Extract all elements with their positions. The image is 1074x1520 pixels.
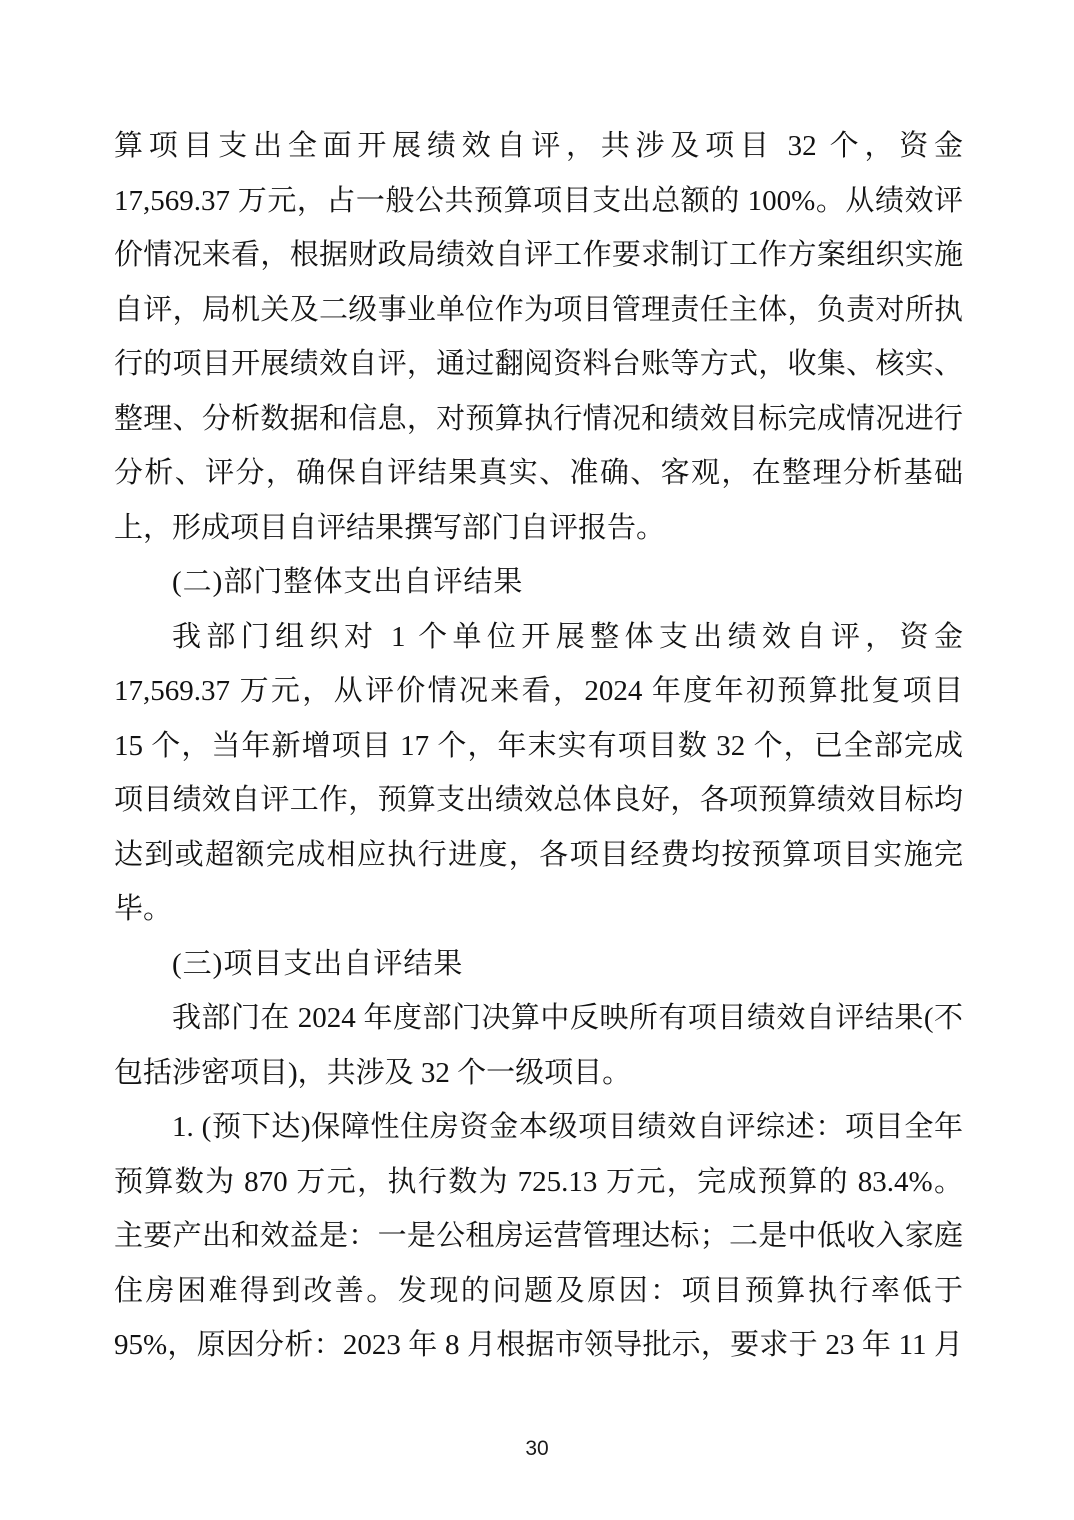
text-line: 毕。 (114, 882, 963, 937)
text-line: 1. (预下达)保障性住房资金本级项目绩效自评综述：项目全年 (114, 1100, 963, 1155)
text-line: 项目绩效自评工作，预算支出绩效总体良好，各项预算绩效目标均 (114, 773, 963, 828)
page-number: 30 (0, 1436, 1074, 1462)
text-line: 我部门在 2024 年度部门决算中反映所有项目绩效自评结果(不 (114, 991, 963, 1046)
report-body: 算项目支出全面开展绩效自评，共涉及项目 32 个，资金 17,569.37 万元… (114, 119, 963, 1373)
text-line: 17,569.37 万元，占一般公共预算项目支出总额的 100%。从绩效评 (114, 174, 963, 229)
text-line: 17,569.37 万元，从评价情况来看，2024 年度年初预算批复项目 (114, 664, 963, 719)
text-line: 算项目支出全面开展绩效自评，共涉及项目 32 个，资金 (114, 119, 963, 174)
text-line: 15 个，当年新增项目 17 个，年末实有项目数 32 个，已全部完成 (114, 719, 963, 774)
document-page: 算项目支出全面开展绩效自评，共涉及项目 32 个，资金 17,569.37 万元… (0, 0, 1074, 1520)
text-line: 达到或超额完成相应执行进度，各项目经费均按预算项目实施完 (114, 828, 963, 883)
text-line: 自评，局机关及二级事业单位作为项目管理责任主体，负责对所执 (114, 283, 963, 338)
text-line: 整理、分析数据和信息，对预算执行情况和绩效目标完成情况进行 (114, 392, 963, 447)
text-line: 包括涉密项目)，共涉及 32 个一级项目。 (114, 1046, 963, 1101)
text-line: 分析、评分，确保自评结果真实、准确、客观，在整理分析基础 (114, 446, 963, 501)
text-line: 住房困难得到改善。发现的问题及原因：项目预算执行率低于 (114, 1264, 963, 1319)
text-line: 我部门组织对 1 个单位开展整体支出绩效自评，资金 (114, 610, 963, 665)
text-line: 预算数为 870 万元，执行数为 725.13 万元，完成预算的 83.4%。 (114, 1155, 963, 1210)
text-line: 价情况来看，根据财政局绩效自评工作要求制订工作方案组织实施 (114, 228, 963, 283)
section-heading-3: (三)项目支出自评结果 (114, 937, 963, 992)
text-line: 主要产出和效益是：一是公租房运营管理达标；二是中低收入家庭 (114, 1209, 963, 1264)
section-heading-2: (二)部门整体支出自评结果 (114, 555, 963, 610)
text-line: 上，形成项目自评结果撰写部门自评报告。 (114, 501, 963, 556)
text-line: 95%，原因分析：2023 年 8 月根据市领导批示，要求于 23 年 11 月 (114, 1318, 963, 1373)
text-line: 行的项目开展绩效自评，通过翻阅资料台账等方式，收集、核实、 (114, 337, 963, 392)
